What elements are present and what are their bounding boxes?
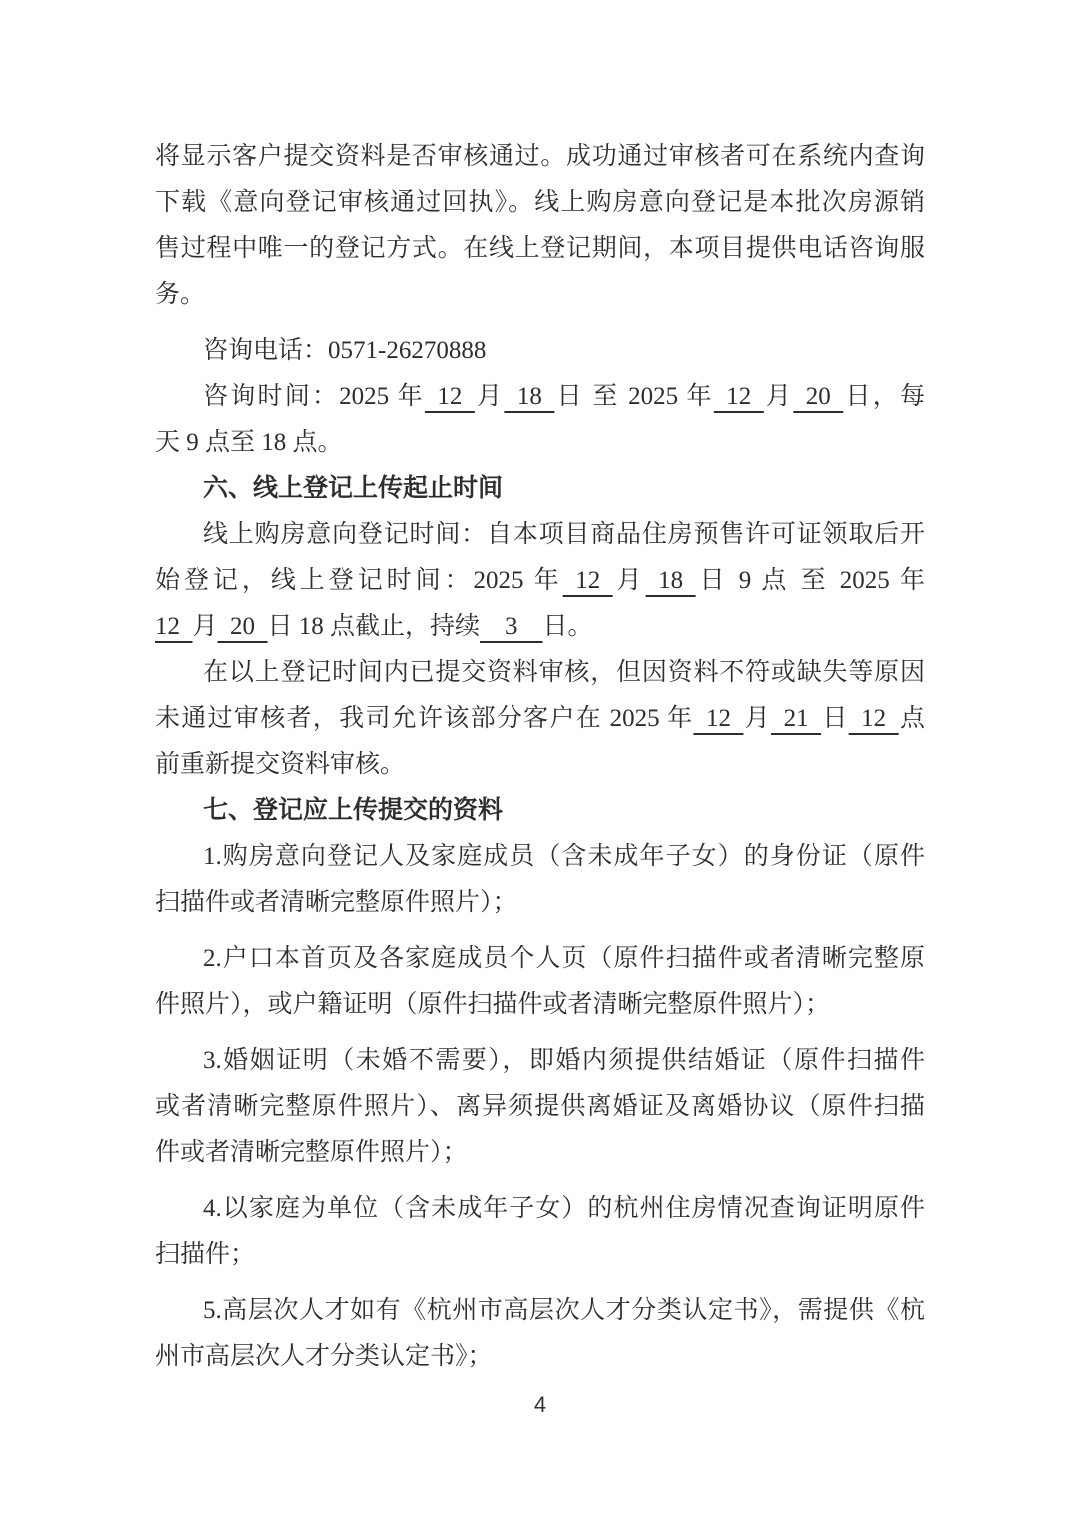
text-segment: 下载《意向登记审核通过回执》。线上购房意向登记是本批次房源销 [155, 189, 925, 216]
document-content: 将显示客户提交资料是否审核通过。成功通过审核者可在系统内查询下载《意向登记审核通… [155, 134, 925, 1380]
text-line: 件照片），或户籍证明（原件扫描件或者清晰完整原件照片）； [155, 982, 925, 1028]
text-line: 七、登记应上传提交的资料 [155, 788, 925, 834]
text-segment: 日 18 点截止，持续 [268, 613, 481, 640]
text-line: 1.购房意向登记人及家庭成员（含未成年子女）的身份证（原件 [155, 834, 925, 880]
text-line: 4.以家庭为单位（含未成年子女）的杭州住房情况查询证明原件 [155, 1186, 925, 1232]
para-consult-phone: 咨询电话：0571-26270888 [155, 328, 925, 374]
text-line: 或者清晰完整原件照片）、离异须提供离婚证及离婚协议（原件扫描 [155, 1084, 925, 1130]
fill-in-blank-value: 21 [771, 705, 821, 732]
text-segment: 4.以家庭为单位（含未成年子女）的杭州住房情况查询证明原件 [203, 1195, 925, 1222]
para-registration-time: 线上购房意向登记时间：自本项目商品住房预售许可证领取后开始登记，线上登记时间：2… [155, 512, 925, 650]
text-segment: 3.婚姻证明（未婚不需要），即婚内须提供结婚证（原件扫描件 [203, 1047, 925, 1074]
text-segment: 月 [193, 613, 218, 640]
text-line: 始登记，线上登记时间：2025 年 12 月 18 日 9 点 至 2025 年 [155, 558, 925, 604]
text-segment: 5.高层次人才如有《杭州市高层次人才分类认定书》，需提供《杭 [203, 1297, 925, 1324]
para-audit-intro: 将显示客户提交资料是否审核通过。成功通过审核者可在系统内查询下载《意向登记审核通… [155, 134, 925, 318]
text-segment: 前重新提交资料审核。 [155, 751, 405, 778]
text-segment: 始登记，线上登记时间：2025 年 [155, 567, 563, 594]
fill-in-blank-value: 12 [693, 705, 743, 732]
item-1: 1.购房意向登记人及家庭成员（含未成年子女）的身份证（原件扫描件或者清晰完整原件… [155, 834, 925, 926]
text-segment: 月 [613, 567, 646, 594]
text-segment: 日。 [543, 613, 593, 640]
text-segment: 月 [743, 705, 771, 732]
text-segment: 七、登记应上传提交的资料 [203, 797, 503, 824]
item-3: 3.婚姻证明（未婚不需要），即婚内须提供结婚证（原件扫描件或者清晰完整原件照片）… [155, 1038, 925, 1176]
text-line: 2.户口本首页及各家庭成员个人页（原件扫描件或者清晰完整原 [155, 936, 925, 982]
fill-in-blank-value: 20 [793, 383, 843, 410]
text-segment: 月 [764, 383, 793, 410]
text-line: 件或者清晰完整原件照片）； [155, 1130, 925, 1176]
text-segment: 扫描件或者清晰完整原件照片）； [155, 889, 518, 916]
text-line: 5.高层次人才如有《杭州市高层次人才分类认定书》，需提供《杭 [155, 1288, 925, 1334]
item-2: 2.户口本首页及各家庭成员个人页（原件扫描件或者清晰完整原件照片），或户籍证明（… [155, 936, 925, 1028]
para-consult-time: 咨询时间：2025 年 12 月 18 日 至 2025 年 12 月 20 日… [155, 374, 925, 466]
text-segment: 六、线上登记上传起止时间 [203, 475, 503, 502]
item-4: 4.以家庭为单位（含未成年子女）的杭州住房情况查询证明原件扫描件； [155, 1186, 925, 1278]
fill-in-blank-value: 18 [646, 567, 696, 594]
text-line: 将显示客户提交资料是否审核通过。成功通过审核者可在系统内查询 [155, 134, 925, 180]
text-line: 扫描件或者清晰完整原件照片）； [155, 880, 925, 926]
text-line: 3.婚姻证明（未婚不需要），即婚内须提供结婚证（原件扫描件 [155, 1038, 925, 1084]
text-line: 线上购房意向登记时间：自本项目商品住房预售许可证领取后开 [155, 512, 925, 558]
text-segment: 件照片），或户籍证明（原件扫描件或者清晰完整原件照片）； [155, 991, 830, 1018]
text-segment: 件或者清晰完整原件照片）； [155, 1139, 468, 1166]
text-segment: 1.购房意向登记人及家庭成员（含未成年子女）的身份证（原件 [203, 843, 925, 870]
text-line: 六、线上登记上传起止时间 [155, 466, 925, 512]
text-line: 州市高层次人才分类认定书》； [155, 1334, 925, 1380]
text-line: 咨询时间：2025 年 12 月 18 日 至 2025 年 12 月 20 日… [155, 374, 925, 420]
heading-section-7: 七、登记应上传提交的资料 [155, 788, 925, 834]
text-line: 未通过审核者，我司允许该部分客户在 2025 年 12 月 21 日 12 点 [155, 696, 925, 742]
fill-in-blank-value: 3 [480, 613, 543, 640]
text-segment: 点 [899, 705, 925, 732]
text-segment: 日 至 2025 年 [554, 383, 713, 410]
para-resubmit: 在以上登记时间内已提交资料审核，但因资料不符或缺失等原因未通过审核者，我司允许该… [155, 650, 925, 788]
text-segment: 天 9 点至 18 点。 [155, 429, 343, 456]
text-line: 12 月 20 日 18 点截止，持续 3 日。 [155, 604, 925, 650]
fill-in-blank-value: 12 [849, 705, 899, 732]
fill-in-blank-value: 12 [155, 613, 193, 640]
page-number: 4 [0, 1392, 1080, 1418]
item-5: 5.高层次人才如有《杭州市高层次人才分类认定书》，需提供《杭州市高层次人才分类认… [155, 1288, 925, 1380]
text-segment: 月 [475, 383, 504, 410]
fill-in-blank-value: 12 [425, 383, 475, 410]
text-segment: 2.户口本首页及各家庭成员个人页（原件扫描件或者清晰完整原 [203, 945, 925, 972]
text-segment: 在以上登记时间内已提交资料审核，但因资料不符或缺失等原因 [203, 659, 925, 686]
document-page: 将显示客户提交资料是否审核通过。成功通过审核者可在系统内查询下载《意向登记审核通… [0, 0, 1080, 1528]
fill-in-blank-value: 20 [218, 613, 268, 640]
text-line: 售过程中唯一的登记方式。在线上登记期间，本项目提供电话咨询服 [155, 226, 925, 272]
text-line: 前重新提交资料审核。 [155, 742, 925, 788]
text-segment: 咨询电话：0571-26270888 [203, 337, 486, 364]
text-segment: 未通过审核者，我司允许该部分客户在 2025 年 [155, 705, 693, 732]
text-segment: 将显示客户提交资料是否审核通过。成功通过审核者可在系统内查询 [155, 143, 925, 170]
text-line: 扫描件； [155, 1232, 925, 1278]
text-segment: 务。 [155, 281, 205, 308]
text-segment: 或者清晰完整原件照片）、离异须提供离婚证及离婚协议（原件扫描 [155, 1093, 925, 1120]
text-segment: 州市高层次人才分类认定书》； [155, 1343, 493, 1370]
text-segment: 售过程中唯一的登记方式。在线上登记期间，本项目提供电话咨询服 [155, 235, 925, 262]
text-segment: 线上购房意向登记时间：自本项目商品住房预售许可证领取后开 [203, 521, 925, 548]
text-line: 天 9 点至 18 点。 [155, 420, 925, 466]
text-segment: 日 9 点 至 2025 年 [696, 567, 925, 594]
text-line: 在以上登记时间内已提交资料审核，但因资料不符或缺失等原因 [155, 650, 925, 696]
text-segment: 日 [821, 705, 849, 732]
text-line: 下载《意向登记审核通过回执》。线上购房意向登记是本批次房源销 [155, 180, 925, 226]
fill-in-blank-value: 12 [563, 567, 613, 594]
fill-in-blank-value: 12 [714, 383, 764, 410]
text-line: 咨询电话：0571-26270888 [155, 328, 925, 374]
text-line: 务。 [155, 272, 925, 318]
text-segment: 扫描件； [155, 1241, 255, 1268]
heading-section-6: 六、线上登记上传起止时间 [155, 466, 925, 512]
text-segment: 日，每 [843, 383, 925, 410]
text-segment: 咨询时间：2025 年 [203, 383, 425, 410]
fill-in-blank-value: 18 [504, 383, 554, 410]
